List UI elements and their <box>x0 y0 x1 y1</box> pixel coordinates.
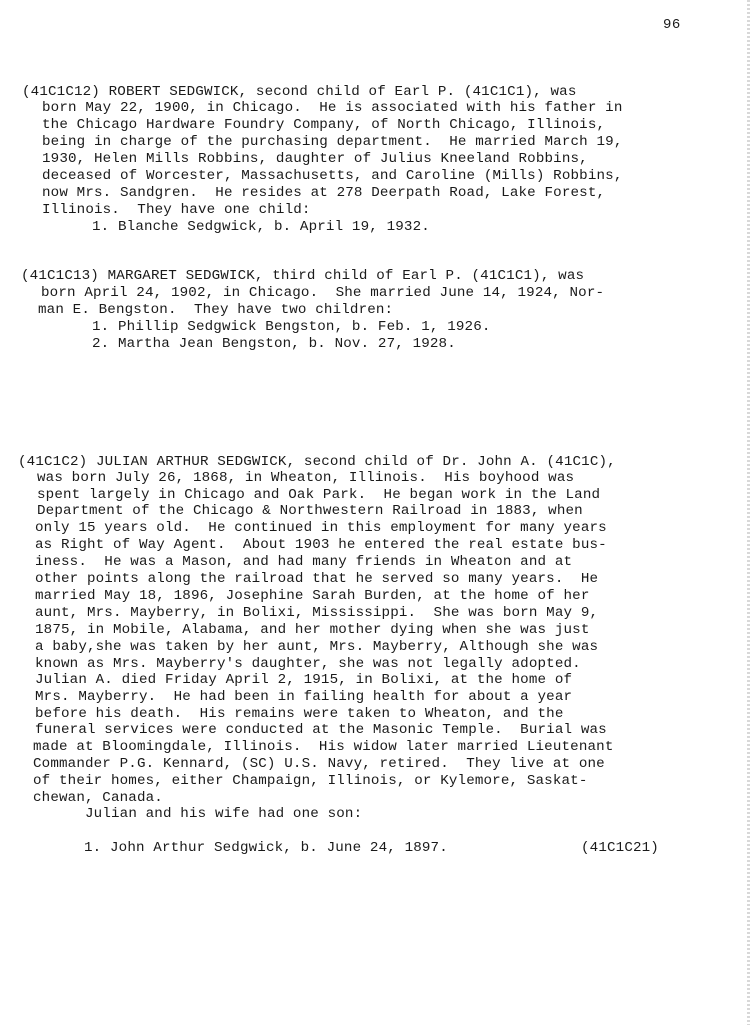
entry-text-line: a baby,she was taken by her aunt, Mrs. M… <box>35 639 598 655</box>
document-page: 96 (41C1C12) ROBERT SEDGWICK, second chi… <box>0 0 750 1025</box>
entry-text-line: deceased of Worcester, Massachusetts, an… <box>42 168 622 184</box>
entry-text-line: Mrs. Mayberry. He had been in failing he… <box>35 689 572 705</box>
entry-text-line: born April 24, 1902, in Chicago. She mar… <box>41 285 604 301</box>
entry-text-line: Julian A. died Friday April 2, 1915, in … <box>35 672 572 688</box>
entry-text-line: before his death. His remains were taken… <box>35 706 564 722</box>
closing-text-line: Julian and his wife had one son: <box>85 806 362 822</box>
entry-text-line: was born July 26, 1868, in Wheaton, Illi… <box>37 470 574 486</box>
entry-text-line: now Mrs. Sandgren. He resides at 278 Dee… <box>42 185 605 201</box>
entry-text-line: being in charge of the purchasing depart… <box>42 134 622 150</box>
entry-text-line: made at Bloomingdale, Illinois. His wido… <box>33 739 613 755</box>
entry-text-line: Department of the Chicago & Northwestern… <box>37 503 583 519</box>
entry-text-line: of their homes, either Champaign, Illino… <box>33 773 588 789</box>
child-list-item: 1. John Arthur Sedgwick, b. June 24, 189… <box>84 840 448 856</box>
entry-text-line: man E. Bengston. They have two children: <box>38 302 393 318</box>
child-list-item: 2. Martha Jean Bengston, b. Nov. 27, 192… <box>92 336 456 352</box>
entry-text-line: funeral services were conducted at the M… <box>35 722 607 738</box>
child-list-item: 1. Phillip Sedgwick Bengston, b. Feb. 1,… <box>92 319 491 335</box>
entry-text-line: 1930, Helen Mills Robbins, daughter of J… <box>42 151 588 167</box>
entry-text-line: as Right of Way Agent. About 1903 he ent… <box>35 537 607 553</box>
entry-text-line: iness. He was a Mason, and had many frie… <box>35 554 572 570</box>
entry-text-line: spent largely in Chicago and Oak Park. H… <box>37 487 600 503</box>
entry-heading-line: (41C1C13) MARGARET SEDGWICK, third child… <box>21 268 584 284</box>
entry-text-line: only 15 years old. He continued in this … <box>35 520 607 536</box>
entry-text-line: Commander P.G. Kennard, (SC) U.S. Navy, … <box>33 756 605 772</box>
entry-text-line: married May 18, 1896, Josephine Sarah Bu… <box>35 588 590 604</box>
entry-text-line: the Chicago Hardware Foundry Company, of… <box>42 117 605 133</box>
child-reference-number: (41C1C21) <box>581 840 659 856</box>
entry-text-line: aunt, Mrs. Mayberry, in Bolixi, Mississi… <box>35 605 598 621</box>
entry-heading-line: (41C1C12) ROBERT SEDGWICK, second child … <box>22 84 577 100</box>
entry-text-line: known as Mrs. Mayberry's daughter, she w… <box>35 656 581 672</box>
entry-text-line: Illinois. They have one child: <box>42 202 311 218</box>
entry-text-line: other points along the railroad that he … <box>35 571 598 587</box>
entry-text-line: 1875, in Mobile, Alabama, and her mother… <box>35 622 590 638</box>
entry-heading-line: (41C1C2) JULIAN ARTHUR SEDGWICK, second … <box>18 454 616 470</box>
entry-text-line: born May 22, 1900, in Chicago. He is ass… <box>42 100 622 116</box>
child-list-item: 1. Blanche Sedgwick, b. April 19, 1932. <box>92 219 430 235</box>
entry-text-line: chewan, Canada. <box>33 790 163 806</box>
page-number: 96 <box>663 17 681 33</box>
